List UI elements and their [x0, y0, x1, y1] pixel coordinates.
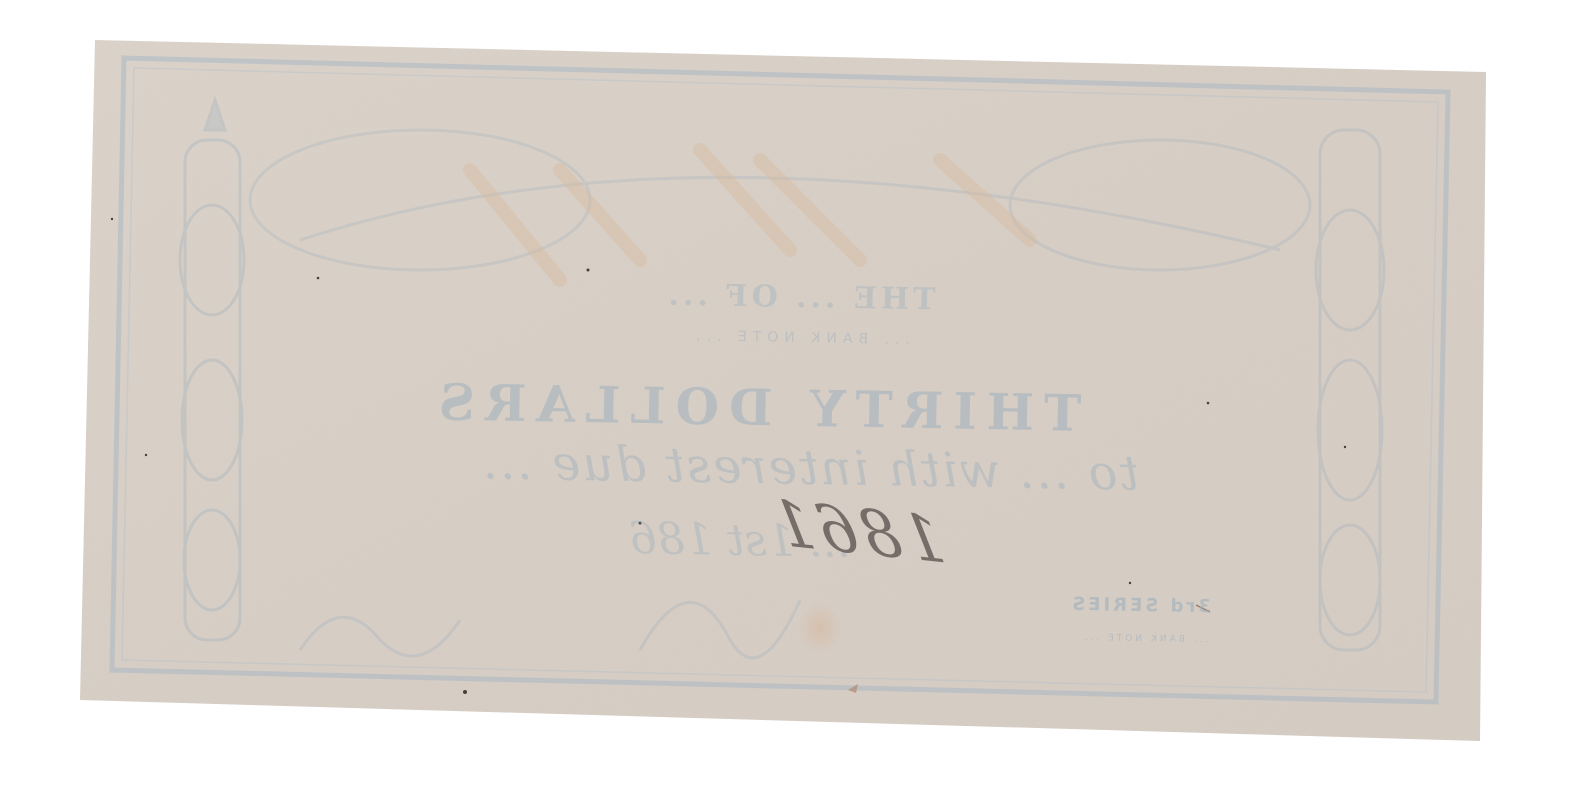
- stain-spot: [798, 602, 842, 654]
- denomination-bleed: THIRTY DOLLARS: [395, 372, 1116, 444]
- banknote-photo: THE ... OF ... ... BANK NOTE ... THIRTY …: [0, 0, 1582, 791]
- series-bleed: 3rd SERIES: [1040, 593, 1240, 617]
